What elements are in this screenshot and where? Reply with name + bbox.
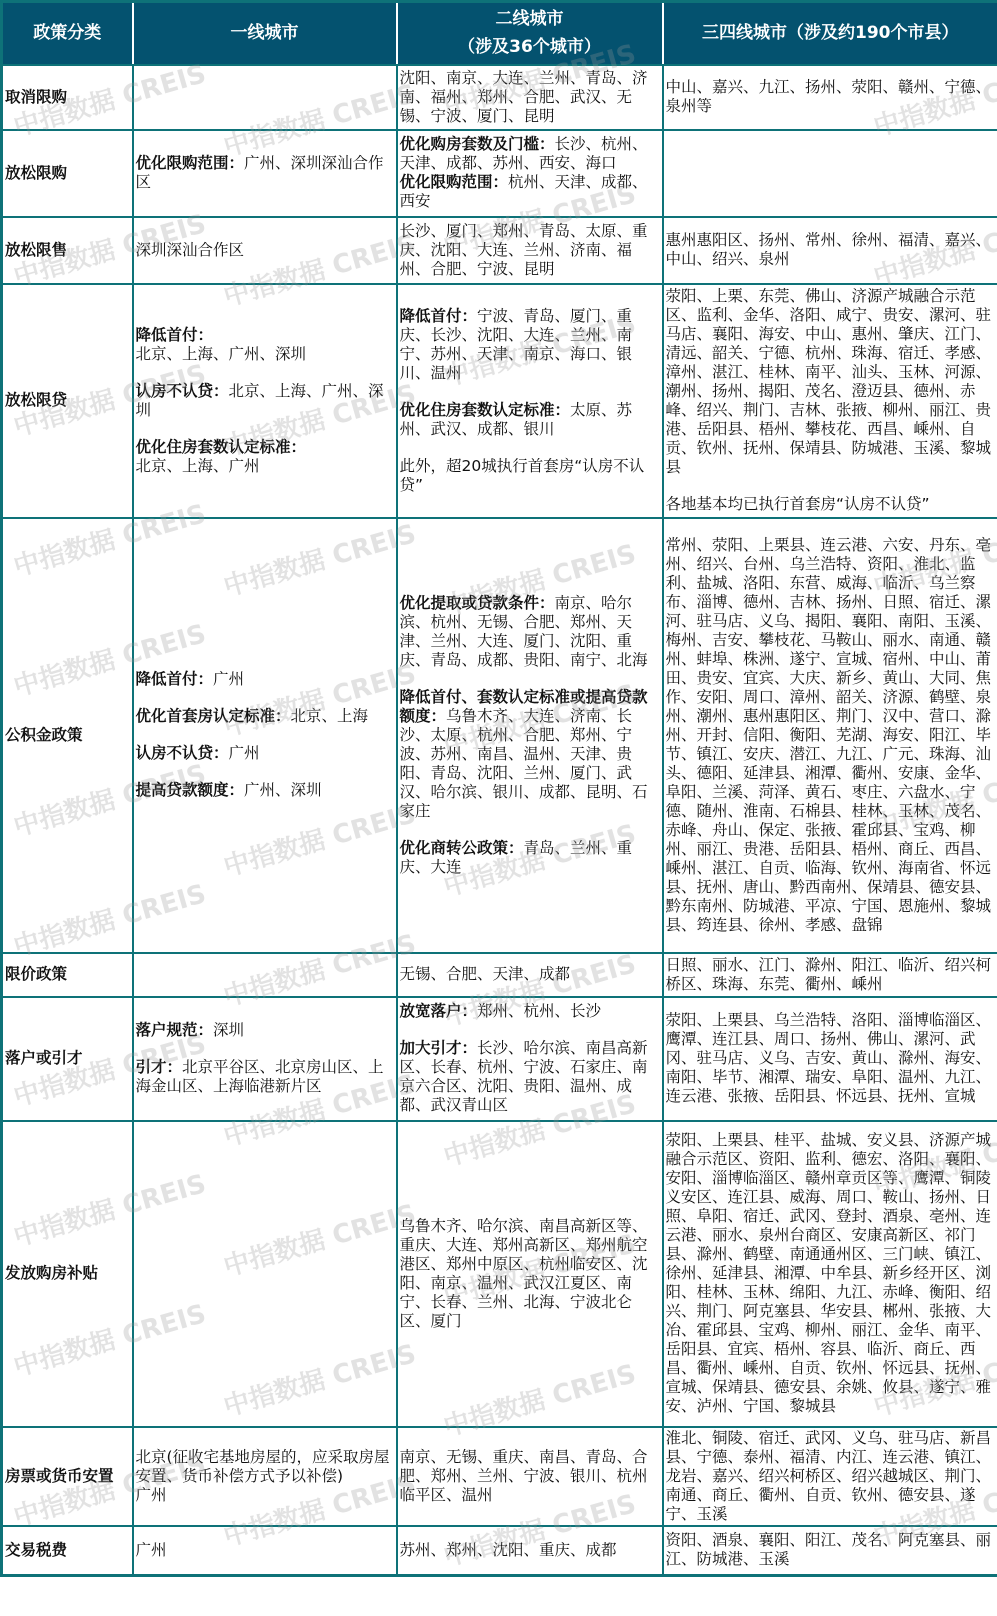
tier3-cell: 荥阳、上栗县、乌兰浩特、洛阳、淄博临淄区、鹰潭、连江县、周口、扬州、佛山、漯河、…	[663, 997, 997, 1121]
category-cell: 公积金政策	[2, 518, 133, 953]
policy-cities: 各地基本均已执行首套房“认房不认贷”	[666, 495, 930, 513]
policy-cities: 中山、嘉兴、九江、扬州、荥阳、赣州、宁德、泉州等	[666, 78, 992, 115]
category-cell: 交易税费	[2, 1526, 133, 1576]
policy-label: 优化首套房认定标准：	[136, 707, 291, 725]
policy-item: 优化提取或贷款条件：南京、哈尔滨、杭州、无锡、合肥、郑州、天津、兰州、大连、厦门…	[400, 594, 660, 670]
tier3-cell: 中山、嘉兴、九江、扬州、荥阳、赣州、宁德、泉州等	[663, 65, 997, 130]
policy-cities: 沈阳、南京、大连、兰州、青岛、济南、福州、郑州、合肥、武汉、无锡、宁波、厦门、昆…	[400, 69, 648, 125]
policy-cities: 广州、深圳	[244, 781, 322, 799]
policy-item: 优化商转公政策：青岛、兰州、重庆、大连	[400, 839, 660, 877]
tier1-cell	[133, 1121, 397, 1427]
policy-item: 惠州惠阳区、扬州、常州、徐州、福清、嘉兴、中山、绍兴、泉州	[666, 231, 996, 269]
policy-item: 降低首付、套数认定标准或提高贷款额度：乌鲁木齐、大连、济南、长沙、太原、杭州、合…	[400, 688, 660, 821]
policy-item: 降低首付：北京、上海、广州、深圳	[136, 326, 394, 364]
policy-cities: 苏州、郑州、沈阳、重庆、成都	[400, 1541, 617, 1559]
tier2-cell: 降低首付：宁波、青岛、厦门、重庆、长沙、沈阳、大连、兰州、南宁、苏州、天津、南京…	[397, 284, 663, 518]
table-row: 公积金政策降低首付：广州优化首套房认定标准：北京、上海认房不认贷：广州提高贷款额…	[2, 518, 997, 953]
policy-cities: 惠州惠阳区、扬州、常州、徐州、福清、嘉兴、中山、绍兴、泉州	[666, 231, 992, 268]
policy-cities: 资阳、酒泉、襄阳、阳江、茂名、阿克塞县、丽江、防城港、玉溪	[666, 1531, 992, 1568]
category-cell: 放松限购	[2, 130, 133, 217]
policy-item: 加大引才：长沙、哈尔滨、南昌高新区、长春、杭州、宁波、石家庄、南京六合区、沈阳、…	[400, 1039, 660, 1115]
policy-table: 政策分类 一线城市 二线城市 （涉及36个城市） 三四线城市（涉及约190个市县…	[0, 0, 997, 1577]
policy-item: 此外，超20城执行首套房“认房不认贷”	[400, 457, 660, 495]
policy-item: 常州、荥阳、上栗县、连云港、六安、丹东、亳州、绍兴、台州、乌兰浩特、资阳、淮北、…	[666, 536, 996, 935]
policy-item: 北京(征收宅基地房屋的，应采取房屋安置、货币补偿方式予以补偿)	[136, 1448, 394, 1486]
policy-cities: 乌鲁木齐、哈尔滨、南昌高新区等、重庆、大连、郑州高新区、郑州航空港区、郑州中原区…	[400, 1217, 648, 1330]
tier2-cell: 无锡、合肥、天津、成都	[397, 953, 663, 997]
policy-cities: 北京、上海、广州、深圳	[136, 345, 307, 363]
header-row: 政策分类 一线城市 二线城市 （涉及36个城市） 三四线城市（涉及约190个市县…	[2, 2, 997, 65]
policy-item: 苏州、郑州、沈阳、重庆、成都	[400, 1541, 660, 1560]
tier1-cell	[133, 65, 397, 130]
table-row: 限价政策无锡、合肥、天津、成都日照、丽水、江门、滁州、阳江、临沂、绍兴柯桥区、珠…	[2, 953, 997, 997]
policy-item: 降低首付：广州	[136, 670, 394, 689]
policy-label: 优化购房套数及门槛：	[400, 135, 555, 153]
policy-item: 引才：北京平谷区、北京房山区、上海金山区、上海临港新片区	[136, 1058, 394, 1096]
policy-label: 降低首付：	[136, 326, 214, 344]
policy-item: 提高贷款额度：广州、深圳	[136, 781, 394, 800]
policy-label: 优化商转公政策：	[400, 839, 524, 857]
tier2-cell: 放宽落户：郑州、杭州、长沙加大引才：长沙、哈尔滨、南昌高新区、长春、杭州、宁波、…	[397, 997, 663, 1121]
tier2-cell: 苏州、郑州、沈阳、重庆、成都	[397, 1526, 663, 1576]
policy-label: 降低首付：	[400, 307, 478, 325]
tier3-cell: 日照、丽水、江门、滁州、阳江、临沂、绍兴柯桥区、珠海、东莞、衢州、嵊州	[663, 953, 997, 997]
tier1-cell: 落户规范：深圳引才：北京平谷区、北京房山区、上海金山区、上海临港新片区	[133, 997, 397, 1121]
policy-label: 提高贷款额度：	[136, 781, 245, 799]
policy-item: 优化购房套数及门槛：长沙、杭州、天津、成都、苏州、西安、海口	[400, 135, 660, 173]
policy-item: 中山、嘉兴、九江、扬州、荥阳、赣州、宁德、泉州等	[666, 78, 996, 116]
policy-label: 放宽落户：	[400, 1002, 478, 1020]
policy-cities: 荥阳、上栗县、乌兰浩特、洛阳、淄博临淄区、鹰潭、连江县、周口、扬州、佛山、漯河、…	[666, 1011, 992, 1105]
policy-cities: 长沙、厦门、郑州、青岛、太原、重庆、沈阳、大连、兰州、济南、福州、合肥、宁波、昆…	[400, 222, 648, 278]
policy-label: 优化提取或贷款条件：	[400, 594, 555, 612]
policy-item: 深圳深汕合作区	[136, 241, 394, 260]
tier1-cell: 优化限购范围：广州、深圳深汕合作区	[133, 130, 397, 217]
policy-item: 资阳、酒泉、襄阳、阳江、茂名、阿克塞县、丽江、防城港、玉溪	[666, 1531, 996, 1569]
tier1-cell: 降低首付：广州优化首套房认定标准：北京、上海认房不认贷：广州提高贷款额度：广州、…	[133, 518, 397, 953]
policy-label: 优化限购范围：	[400, 173, 509, 191]
policy-label: 认房不认贷：	[136, 382, 229, 400]
category-cell: 限价政策	[2, 953, 133, 997]
tier1-cell	[133, 953, 397, 997]
tier1-cell: 降低首付：北京、上海、广州、深圳认房不认贷：北京、上海、广州、深圳优化住房套数认…	[133, 284, 397, 518]
policy-cities: 北京、上海	[291, 707, 369, 725]
policy-item: 长沙、厦门、郑州、青岛、太原、重庆、沈阳、大连、兰州、济南、福州、合肥、宁波、昆…	[400, 222, 660, 279]
tier3-cell	[663, 130, 997, 217]
tier2-cell: 优化提取或贷款条件：南京、哈尔滨、杭州、无锡、合肥、郑州、天津、兰州、大连、厦门…	[397, 518, 663, 953]
category-cell: 取消限购	[2, 65, 133, 130]
table-row: 取消限购沈阳、南京、大连、兰州、青岛、济南、福州、郑州、合肥、武汉、无锡、宁波、…	[2, 65, 997, 130]
tier2-cell: 南京、无锡、重庆、南昌、青岛、合肥、郑州、兰州、宁波、银川、杭州临平区、温州	[397, 1427, 663, 1526]
policy-cities: 广州	[136, 1541, 167, 1559]
policy-cities: 北京(征收宅基地房屋的，应采取房屋安置、货币补偿方式予以补偿)	[136, 1448, 390, 1485]
table-row: 交易税费广州苏州、郑州、沈阳、重庆、成都资阳、酒泉、襄阳、阳江、茂名、阿克塞县、…	[2, 1526, 997, 1576]
policy-item: 降低首付：宁波、青岛、厦门、重庆、长沙、沈阳、大连、兰州、南宁、苏州、天津、南京…	[400, 307, 660, 383]
table-row: 放松限购优化限购范围：广州、深圳深汕合作区优化购房套数及门槛：长沙、杭州、天津、…	[2, 130, 997, 217]
policy-label: 优化限购范围：	[136, 154, 245, 172]
policy-label: 加大引才：	[400, 1039, 478, 1057]
category-cell: 放松限售	[2, 217, 133, 284]
table-row: 放松限售深圳深汕合作区长沙、厦门、郑州、青岛、太原、重庆、沈阳、大连、兰州、济南…	[2, 217, 997, 284]
tier3-cell: 淮北、铜陵、宿迁、武冈、义乌、驻马店、新昌县、宁德、泰州、福清、内江、连云港、镇…	[663, 1427, 997, 1526]
policy-item: 广州	[136, 1486, 394, 1505]
policy-item: 荥阳、上栗县、乌兰浩特、洛阳、淄博临淄区、鹰潭、连江县、周口、扬州、佛山、漯河、…	[666, 1011, 996, 1106]
policy-cities: 深圳	[213, 1021, 244, 1039]
policy-item: 优化限购范围：杭州、天津、成都、西安	[400, 173, 660, 211]
category-cell: 发放购房补贴	[2, 1121, 133, 1427]
policy-item: 荥阳、上栗县、桂平、盐城、安义县、济源产城融合示范区、资阳、监利、德宏、洛阳、襄…	[666, 1131, 996, 1416]
table-row: 房票或货币安置北京(征收宅基地房屋的，应采取房屋安置、货币补偿方式予以补偿)广州…	[2, 1427, 997, 1526]
policy-label: 落户规范：	[136, 1021, 214, 1039]
policy-item: 沈阳、南京、大连、兰州、青岛、济南、福州、郑州、合肥、武汉、无锡、宁波、厦门、昆…	[400, 69, 660, 126]
policy-item: 淮北、铜陵、宿迁、武冈、义乌、驻马店、新昌县、宁德、泰州、福清、内江、连云港、镇…	[666, 1429, 996, 1524]
tier1-cell: 深圳深汕合作区	[133, 217, 397, 284]
header-tier2-sub: （涉及36个城市）	[400, 33, 660, 61]
header-tier3: 三四线城市（涉及约190个市县）	[663, 2, 997, 65]
policy-label: 降低首付：	[136, 670, 214, 688]
policy-cities: 荥阳、上栗县、桂平、盐城、安义县、济源产城融合示范区、资阳、监利、德宏、洛阳、襄…	[666, 1131, 992, 1415]
policy-cities: 淮北、铜陵、宿迁、武冈、义乌、驻马店、新昌县、宁德、泰州、福清、内江、连云港、镇…	[666, 1429, 992, 1523]
tier2-cell: 优化购房套数及门槛：长沙、杭州、天津、成都、苏州、西安、海口优化限购范围：杭州、…	[397, 130, 663, 217]
tier2-cell: 长沙、厦门、郑州、青岛、太原、重庆、沈阳、大连、兰州、济南、福州、合肥、宁波、昆…	[397, 217, 663, 284]
category-cell: 落户或引才	[2, 997, 133, 1121]
policy-item: 优化限购范围：广州、深圳深汕合作区	[136, 154, 394, 192]
policy-item: 优化首套房认定标准：北京、上海	[136, 707, 394, 726]
tier3-cell: 荥阳、上栗县、桂平、盐城、安义县、济源产城融合示范区、资阳、监利、德宏、洛阳、襄…	[663, 1121, 997, 1427]
table-row: 放松限贷降低首付：北京、上海、广州、深圳认房不认贷：北京、上海、广州、深圳优化住…	[2, 284, 997, 518]
policy-item: 认房不认贷：北京、上海、广州、深圳	[136, 382, 394, 420]
policy-label: 优化住房套数认定标准：	[400, 401, 571, 419]
tier1-cell: 北京(征收宅基地房屋的，应采取房屋安置、货币补偿方式予以补偿)广州	[133, 1427, 397, 1526]
policy-item: 认房不认贷：广州	[136, 744, 394, 763]
policy-label: 优化住房套数认定标准：	[136, 438, 307, 456]
policy-cities: 广州	[213, 670, 244, 688]
table-body: 取消限购沈阳、南京、大连、兰州、青岛、济南、福州、郑州、合肥、武汉、无锡、宁波、…	[2, 65, 997, 1576]
policy-cities: 广州	[229, 744, 260, 762]
policy-cities: 南京、无锡、重庆、南昌、青岛、合肥、郑州、兰州、宁波、银川、杭州临平区、温州	[400, 1448, 648, 1504]
tier2-cell: 乌鲁木齐、哈尔滨、南昌高新区等、重庆、大连、郑州高新区、郑州航空港区、郑州中原区…	[397, 1121, 663, 1427]
policy-cities: 日照、丽水、江门、滁州、阳江、临沂、绍兴柯桥区、珠海、东莞、衢州、嵊州	[666, 956, 992, 993]
policy-cities: 此外，超20城执行首套房“认房不认贷”	[400, 457, 645, 494]
policy-item: 无锡、合肥、天津、成都	[400, 965, 660, 984]
policy-label: 认房不认贷：	[136, 744, 229, 762]
policy-cities: 荥阳、上栗、东莞、佛山、济源产城融合示范区、监利、金华、洛阳、咸宁、贵安、漯河、…	[666, 287, 992, 476]
header-tier2: 二线城市 （涉及36个城市）	[397, 2, 663, 65]
header-category: 政策分类	[2, 2, 133, 65]
table-row: 落户或引才落户规范：深圳引才：北京平谷区、北京房山区、上海金山区、上海临港新片区…	[2, 997, 997, 1121]
table-row: 发放购房补贴乌鲁木齐、哈尔滨、南昌高新区等、重庆、大连、郑州高新区、郑州航空港区…	[2, 1121, 997, 1427]
policy-item: 南京、无锡、重庆、南昌、青岛、合肥、郑州、兰州、宁波、银川、杭州临平区、温州	[400, 1448, 660, 1505]
policy-cities: 深圳深汕合作区	[136, 241, 245, 259]
tier3-cell: 资阳、酒泉、襄阳、阳江、茂名、阿克塞县、丽江、防城港、玉溪	[663, 1526, 997, 1576]
tier3-cell: 惠州惠阳区、扬州、常州、徐州、福清、嘉兴、中山、绍兴、泉州	[663, 217, 997, 284]
policy-item: 广州	[136, 1541, 394, 1560]
policy-item: 乌鲁木齐、哈尔滨、南昌高新区等、重庆、大连、郑州高新区、郑州航空港区、郑州中原区…	[400, 1217, 660, 1331]
policy-item: 优化住房套数认定标准：太原、苏州、武汉、成都、银川	[400, 401, 660, 439]
tier3-cell: 常州、荥阳、上栗县、连云港、六安、丹东、亳州、绍兴、台州、乌兰浩特、资阳、淮北、…	[663, 518, 997, 953]
policy-cities: 无锡、合肥、天津、成都	[400, 965, 571, 983]
policy-item: 日照、丽水、江门、滁州、阳江、临沂、绍兴柯桥区、珠海、东莞、衢州、嵊州	[666, 956, 996, 994]
tier3-cell: 荥阳、上栗、东莞、佛山、济源产城融合示范区、监利、金华、洛阳、咸宁、贵安、漯河、…	[663, 284, 997, 518]
policy-cities: 北京、上海、广州	[136, 457, 260, 475]
tier2-cell: 沈阳、南京、大连、兰州、青岛、济南、福州、郑州、合肥、武汉、无锡、宁波、厦门、昆…	[397, 65, 663, 130]
policy-item: 优化住房套数认定标准：北京、上海、广州	[136, 438, 394, 476]
policy-cities: 常州、荥阳、上栗县、连云港、六安、丹东、亳州、绍兴、台州、乌兰浩特、资阳、淮北、…	[666, 536, 992, 934]
policy-label: 引才：	[136, 1058, 183, 1076]
header-tier1: 一线城市	[133, 2, 397, 65]
header-tier2-title: 二线城市	[400, 5, 660, 33]
category-cell: 房票或货币安置	[2, 1427, 133, 1526]
tier1-cell: 广州	[133, 1526, 397, 1576]
policy-item: 各地基本均已执行首套房“认房不认贷”	[666, 495, 996, 514]
policy-cities: 广州	[136, 1486, 167, 1504]
policy-item: 放宽落户：郑州、杭州、长沙	[400, 1002, 660, 1021]
category-cell: 放松限贷	[2, 284, 133, 518]
policy-item: 荥阳、上栗、东莞、佛山、济源产城融合示范区、监利、金华、洛阳、咸宁、贵安、漯河、…	[666, 287, 996, 477]
policy-cities: 郑州、杭州、长沙	[477, 1002, 601, 1020]
policy-item: 落户规范：深圳	[136, 1021, 394, 1040]
